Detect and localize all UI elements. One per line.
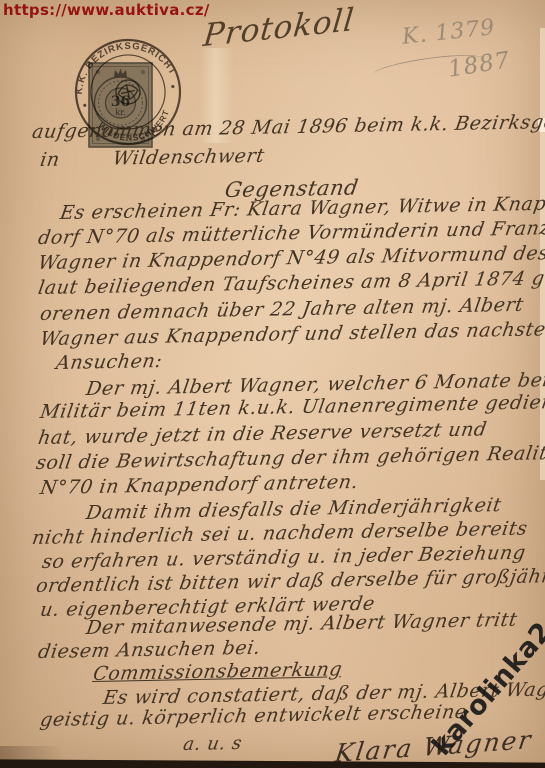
commission-heading: Commissionsbemerkung xyxy=(92,658,344,685)
eagle-emblem-icon xyxy=(114,78,142,106)
handwriting-line: in Wildenschwert xyxy=(39,145,267,171)
source-url-watermark: https://www.auktiva.cz/ xyxy=(3,1,210,19)
handwriting-line: Ansuchen: xyxy=(55,350,165,374)
document-photo: https://www.auktiva.cz/ Protokoll K. 137… xyxy=(0,0,545,768)
handwriting-line: N°70 in Knappendorf antreten. xyxy=(39,471,361,499)
photo-bottom-edge xyxy=(0,759,545,768)
file-year-note: 1887 xyxy=(446,47,512,82)
file-number-note: K. 1379 xyxy=(401,15,497,50)
document-title: Protokoll xyxy=(201,2,356,54)
closing-formula: a. u. s xyxy=(182,733,244,755)
handwriting-line: diesem Ansuchen bei. xyxy=(37,637,263,663)
